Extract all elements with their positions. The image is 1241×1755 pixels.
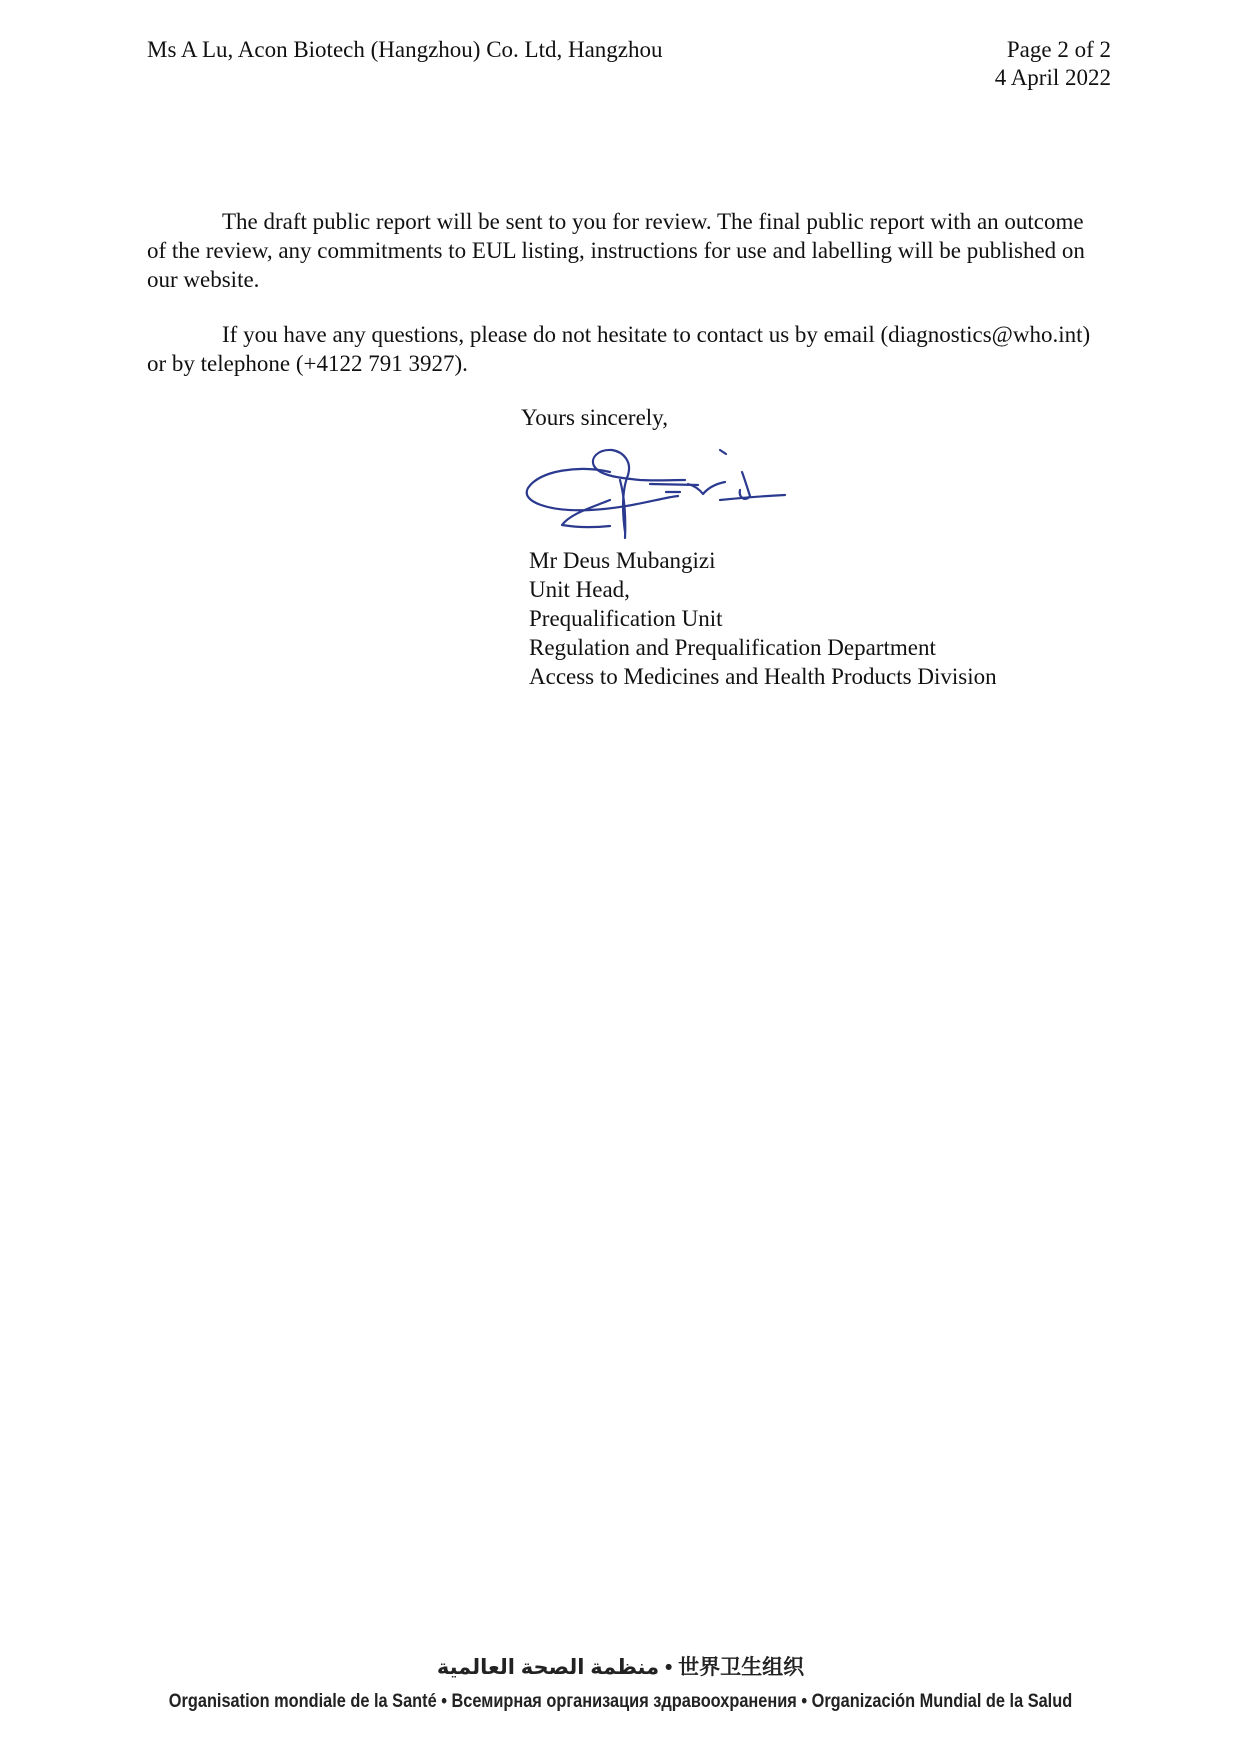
- signatory-title: Unit Head,: [529, 575, 997, 604]
- letter-date: 4 April 2022: [995, 64, 1111, 92]
- footer-org-names-french-russian-spanish: Organisation mondiale de la Santé • Всем…: [87, 1690, 1154, 1714]
- closing-salutation: Yours sincerely,: [521, 404, 668, 432]
- paragraph-text: The draft public report will be sent to …: [147, 207, 1107, 294]
- signatory-division: Access to Medicines and Health Products …: [529, 662, 997, 691]
- paragraph-text: If you have any questions, please do not…: [147, 320, 1107, 378]
- body-paragraph-1: The draft public report will be sent to …: [147, 207, 1107, 294]
- recipient-header: Ms A Lu, Acon Biotech (Hangzhou) Co. Ltd…: [147, 36, 663, 64]
- signature-icon: [520, 440, 800, 550]
- signatory-department: Regulation and Prequalification Departme…: [529, 633, 997, 662]
- body-paragraph-2: If you have any questions, please do not…: [147, 320, 1107, 378]
- handwritten-signature: [520, 440, 800, 550]
- page-indicator: Page 2 of 2: [995, 36, 1111, 64]
- footer-org-names-arabic-chinese: منظمة الصحة العالمية • 世界卫生组织: [0, 1655, 1241, 1681]
- signatory-unit: Prequalification Unit: [529, 604, 997, 633]
- signatory-name: Mr Deus Mubangizi: [529, 546, 997, 575]
- signatory-block: Mr Deus Mubangizi Unit Head, Prequalific…: [529, 546, 997, 691]
- page-header-right: Page 2 of 2 4 April 2022: [995, 36, 1111, 92]
- letter-page: Ms A Lu, Acon Biotech (Hangzhou) Co. Ltd…: [0, 0, 1241, 1755]
